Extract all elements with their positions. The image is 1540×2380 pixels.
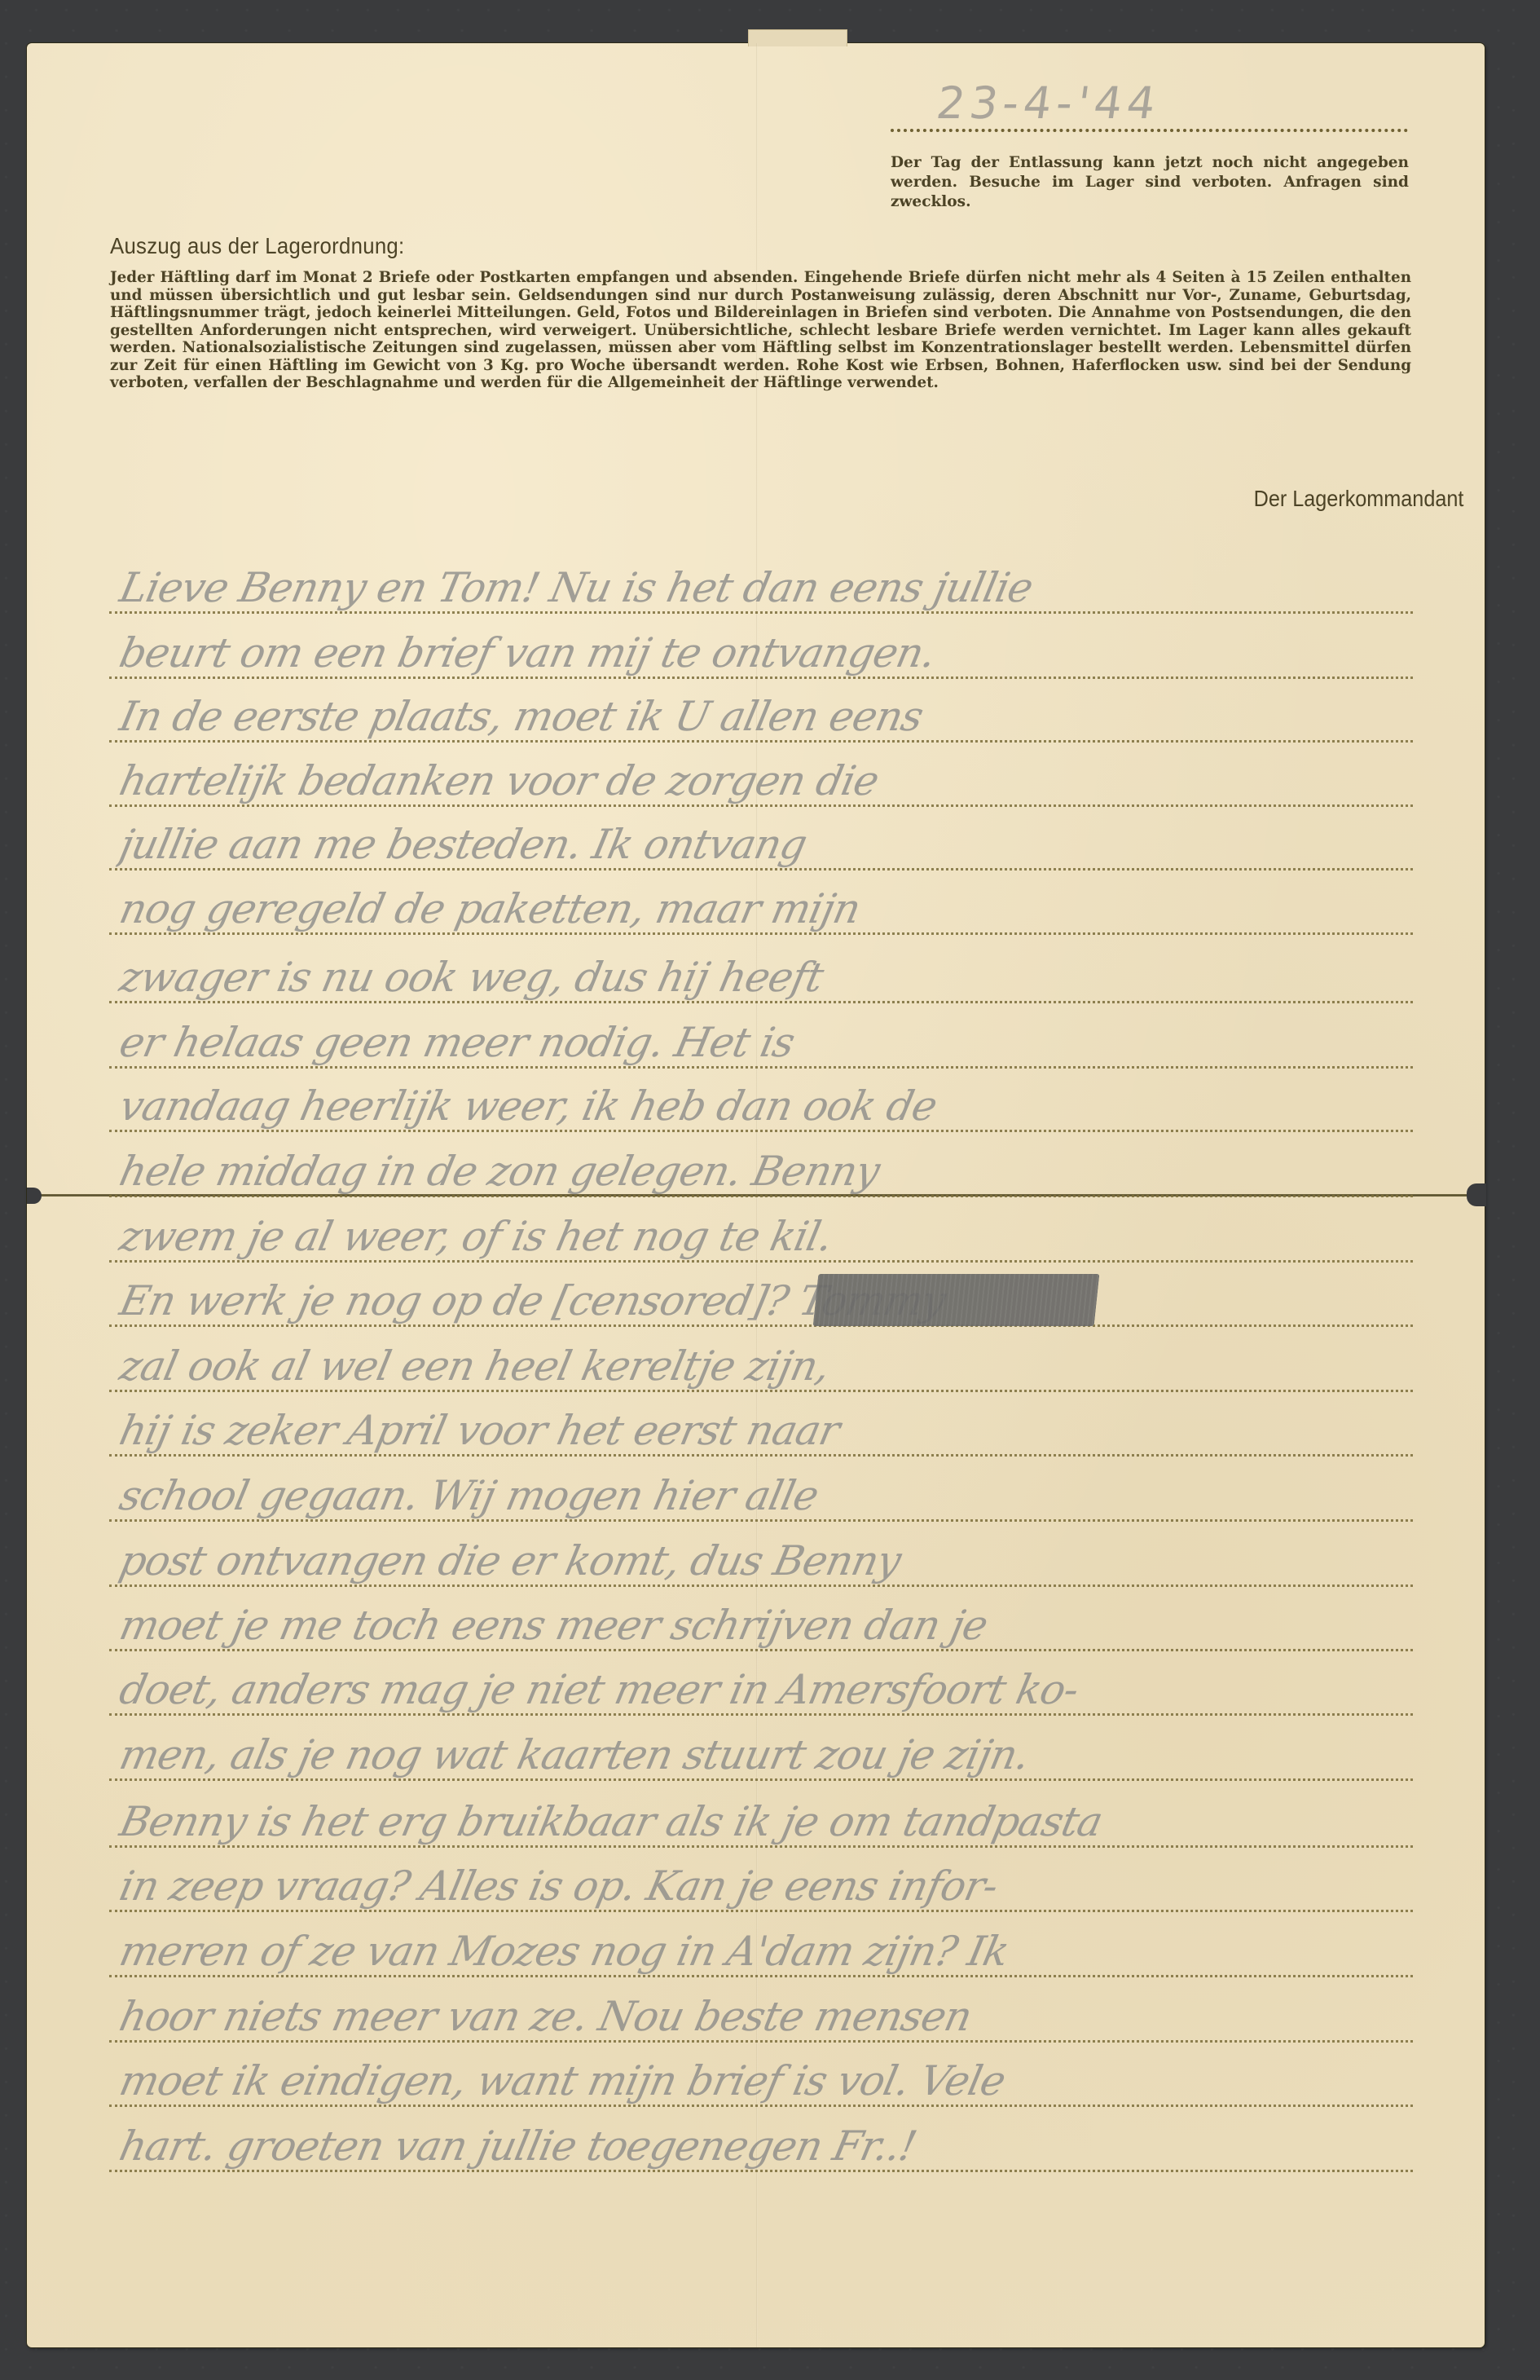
handwritten-line: school gegaan. Wij mogen hier alle xyxy=(114,1465,1431,1526)
handwritten-line: In de eerste plaats, moet ik U allen een… xyxy=(114,686,1431,747)
handwritten-line: hart. groeten van jullie toegenegen Fr..… xyxy=(114,2116,1431,2176)
censor-blackout xyxy=(813,1274,1100,1326)
handwritten-line: post ontvangen die er komt, dus Benny xyxy=(114,1531,1431,1591)
handwritten-line: moet je me toch eens meer schrijven dan … xyxy=(114,1595,1431,1655)
handwritten-line: beurt om een brief van mij te ontvangen. xyxy=(114,623,1431,683)
handwritten-line: in zeep vraag? Alles is op. Kan je eens … xyxy=(114,1856,1431,1916)
handwritten-line: Benny is het erg bruikbaar als ik je om … xyxy=(114,1792,1431,1852)
fold-notch-right xyxy=(1467,1183,1486,1206)
handwritten-line: jullie aan me besteden. Ik ontvang xyxy=(114,814,1431,875)
handwritten-line: moet ik eindigen, want mijn brief is vol… xyxy=(114,2051,1431,2111)
handwritten-line: hele middag in de zon gelegen. Benny xyxy=(114,1141,1431,1201)
handwritten-line: nog geregeld de paketten, maar mijn xyxy=(114,879,1431,939)
handwritten-line: zal ook al wel een heel kereltje zijn, xyxy=(114,1336,1431,1396)
handwritten-line: vandaag heerlijk weer, ik heb dan ook de xyxy=(114,1076,1431,1136)
handwritten-line: En werk je nog op de [censored]? Tommy xyxy=(114,1271,1431,1331)
handwritten-line: zwem je al weer, of is het nog te kil. xyxy=(114,1206,1431,1267)
handwritten-line: hoor niets meer van ze. Nou beste mensen xyxy=(114,1986,1431,2047)
handwritten-line: er helaas geen meer nodig. Het is xyxy=(114,1012,1431,1073)
handwritten-line: hij is zeker April voor het eerst naar xyxy=(114,1400,1431,1461)
handwritten-line: doet, anders mag je niet meer in Amersfo… xyxy=(114,1659,1431,1720)
handwritten-line: zwager is nu ook weg, dus hij heeft xyxy=(114,947,1431,1007)
handwritten-line: hartelijk bedanken voor de zorgen die xyxy=(114,751,1431,811)
handwritten-line: men, als je nog wat kaarten stuurt zou j… xyxy=(114,1725,1431,1785)
handwritten-line: Lieve Benny en Tom! Nu is het dan eens j… xyxy=(114,558,1431,618)
handwritten-line: meren of ze van Mozes nog in A'dam zijn?… xyxy=(114,1921,1431,1981)
